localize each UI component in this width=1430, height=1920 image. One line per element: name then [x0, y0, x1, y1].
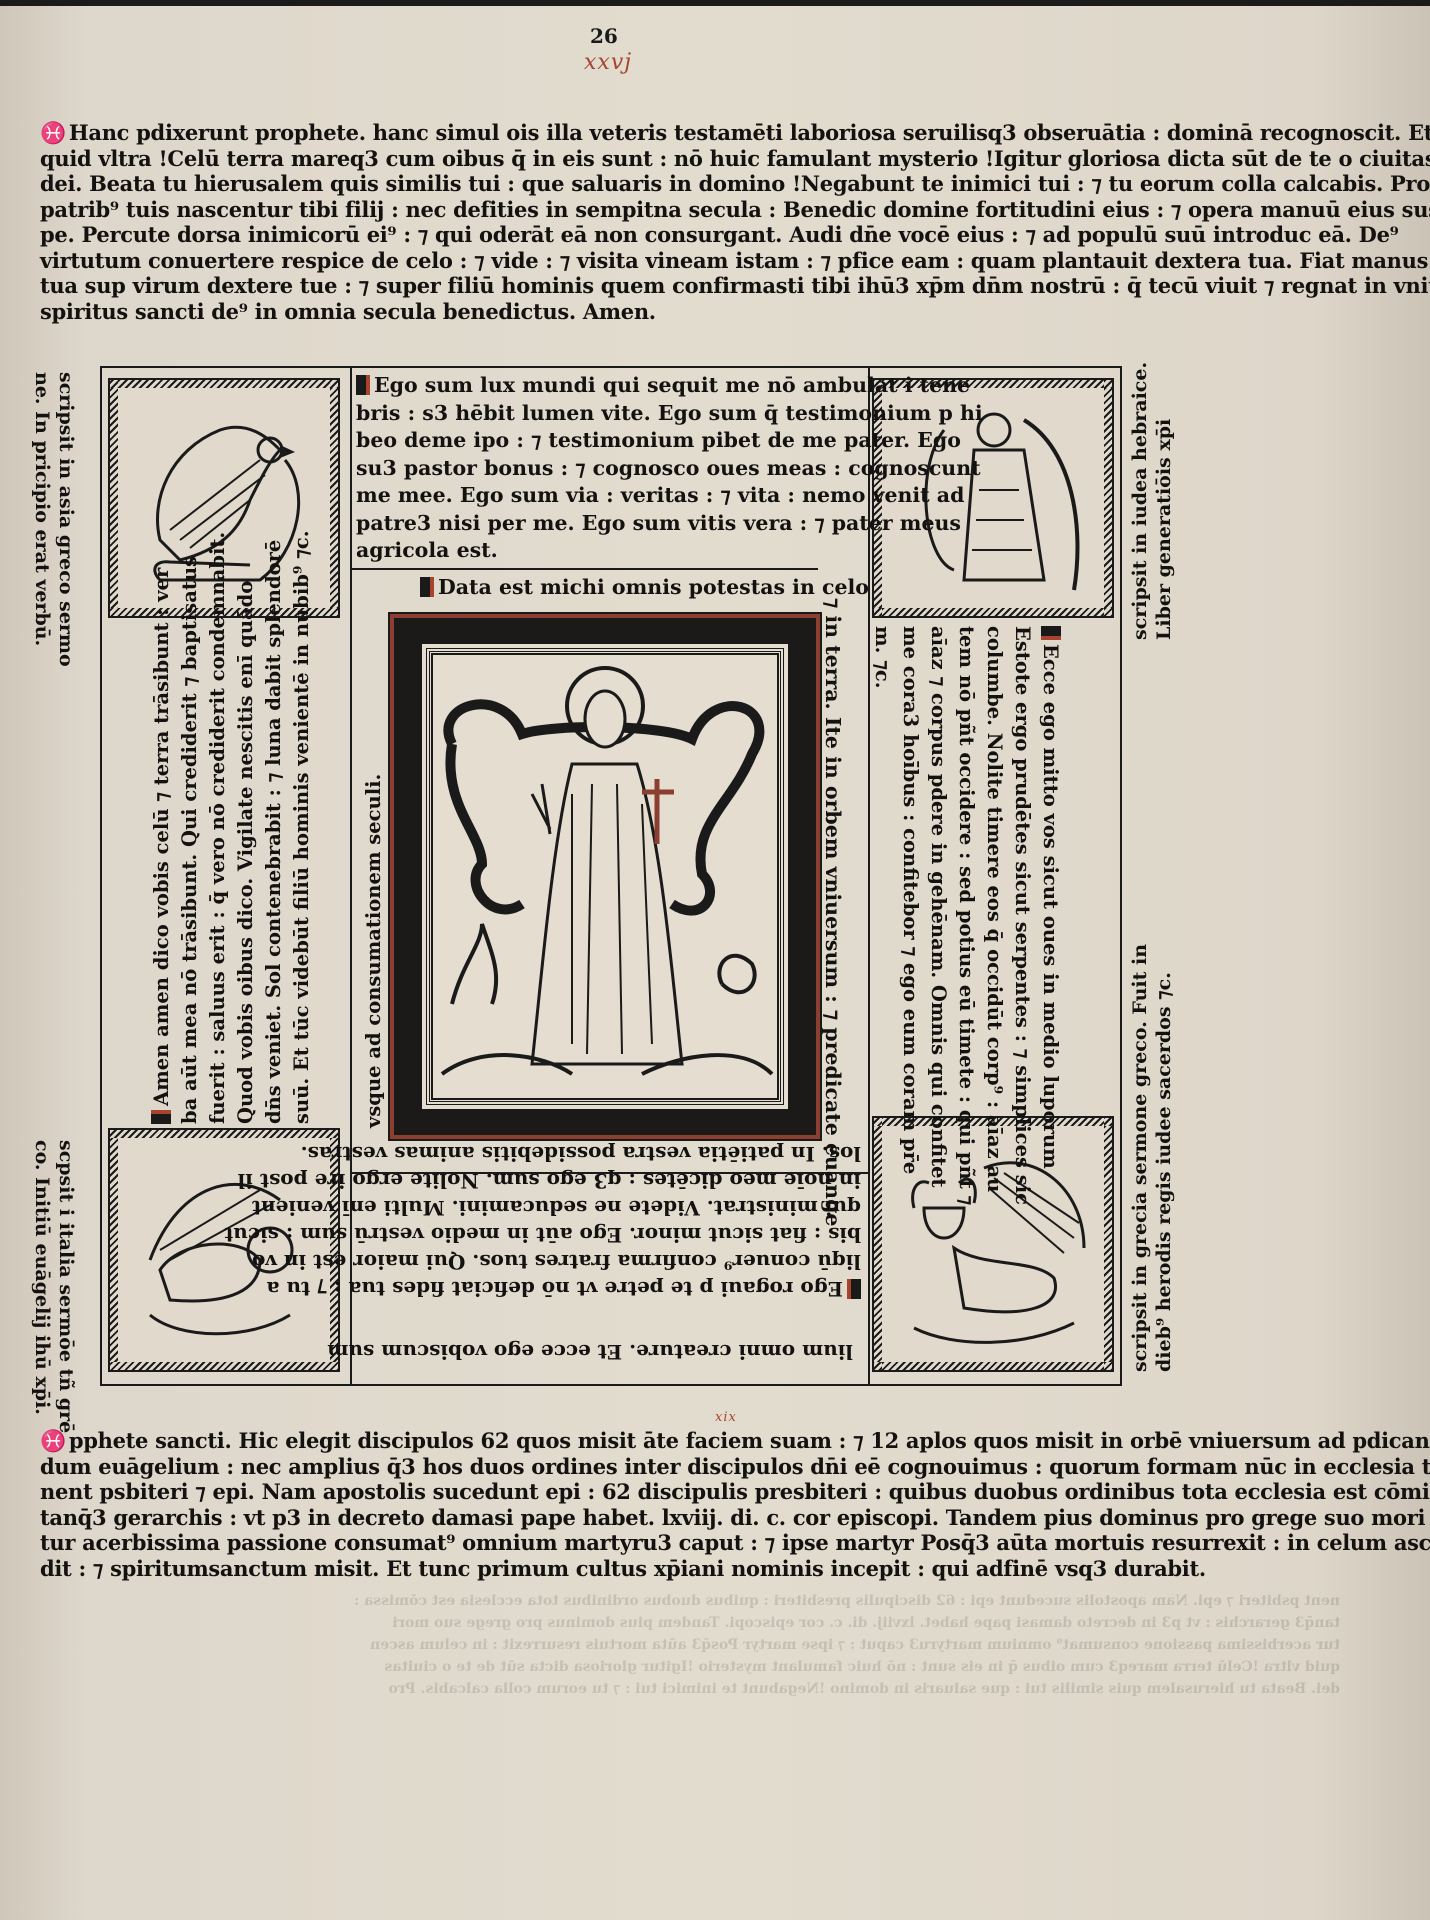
text-line: tua sup virum dextere tue : ⁊ super fili…	[40, 273, 1430, 299]
left-inner-column-tail: vsque ad consumationem seculi.	[360, 774, 387, 1128]
rubric-mark-icon	[1041, 626, 1061, 640]
folio-roman-numeral: xxvj	[584, 50, 632, 75]
margin-note-left-bottom: scpsit i italia sermōe tñ grē co. Initiū…	[30, 1140, 78, 1433]
folio-number: 26	[590, 24, 618, 48]
center-bottom-upside-text: lium omni creature. Et ecce ego vobiscum…	[356, 1140, 861, 1365]
text-line: spiritus sancti de⁹ in omnia secula bene…	[40, 299, 1430, 325]
woodcut-christ	[420, 642, 790, 1111]
show-through-text: nent psbiteri ⁊ epi. Nam apostolis suced…	[40, 1590, 1340, 1790]
top-paragraph: ♓Hanc pdixerunt prophete. hanc simul ois…	[40, 120, 1430, 324]
margin-note-right-top: scripsit in iudea hebraice. Liber genera…	[1128, 362, 1176, 640]
frame-rule-top	[100, 366, 1120, 368]
text-line: dei. Beata tu hierusalem quis similis tu…	[40, 171, 1430, 197]
woodcut-christ-frame	[388, 612, 822, 1141]
text-line: quid vltra !Celū terra mareq3 cum oibus …	[40, 146, 1430, 172]
bottom-red-mark: xix	[715, 1410, 737, 1425]
center-right-vertical-text: ⁊ in terra. Ite in orbem vniuersum : ⁊ p…	[819, 598, 846, 1226]
text-line: pe. Percute dorsa inimicorū ei⁹ : ⁊ qui …	[40, 222, 1430, 248]
paragraph-mark-icon: ♓	[40, 120, 66, 145]
right-inner-column-text: Ecce ego mitto vos sicut oues in medio l…	[868, 626, 1064, 1205]
rubric-mark-icon	[420, 577, 434, 597]
rubric-mark-icon	[151, 1110, 171, 1124]
book-page: 26 xxvj ♓Hanc pdixerunt prophete. hanc s…	[0, 0, 1430, 1920]
scan-edge	[0, 0, 1430, 6]
christ-figure-icon	[422, 644, 788, 1109]
frame-rule-right	[1120, 366, 1122, 1386]
text-line: virtutum conuertere respice de celo : ⁊ …	[40, 248, 1430, 274]
frame-rule-bottom	[100, 1384, 1120, 1386]
rubric-mark-icon	[356, 375, 370, 395]
center-top-text: Ego sum lux mundi qui sequit me nō ambul…	[356, 372, 983, 565]
left-inner-column-text: Amen amen dico vobis celū ⁊ terra trāsib…	[148, 530, 316, 1124]
frame-rule-left	[100, 366, 102, 1386]
frame-rule-center-top	[350, 568, 818, 570]
text-line: ♓Hanc pdixerunt prophete. hanc simul ois…	[40, 120, 1430, 146]
rubric-mark-icon	[847, 1279, 861, 1299]
bottom-paragraph: ♓pphete sancti. Hic elegit discipulos 62…	[40, 1428, 1430, 1581]
margin-note-right-bottom: scripsit in grecia sermone greco. Fuit i…	[1128, 944, 1176, 1372]
margin-note-left-top: scripsit in asia greco sermo ne. In pric…	[30, 372, 78, 667]
paragraph-mark-icon: ♓	[40, 1428, 66, 1453]
text-line: patrib⁹ tuis nascentur tibi filij : nec …	[40, 197, 1430, 223]
woodcut-caption-top: Data est michi omnis potestas in celo	[420, 574, 869, 601]
